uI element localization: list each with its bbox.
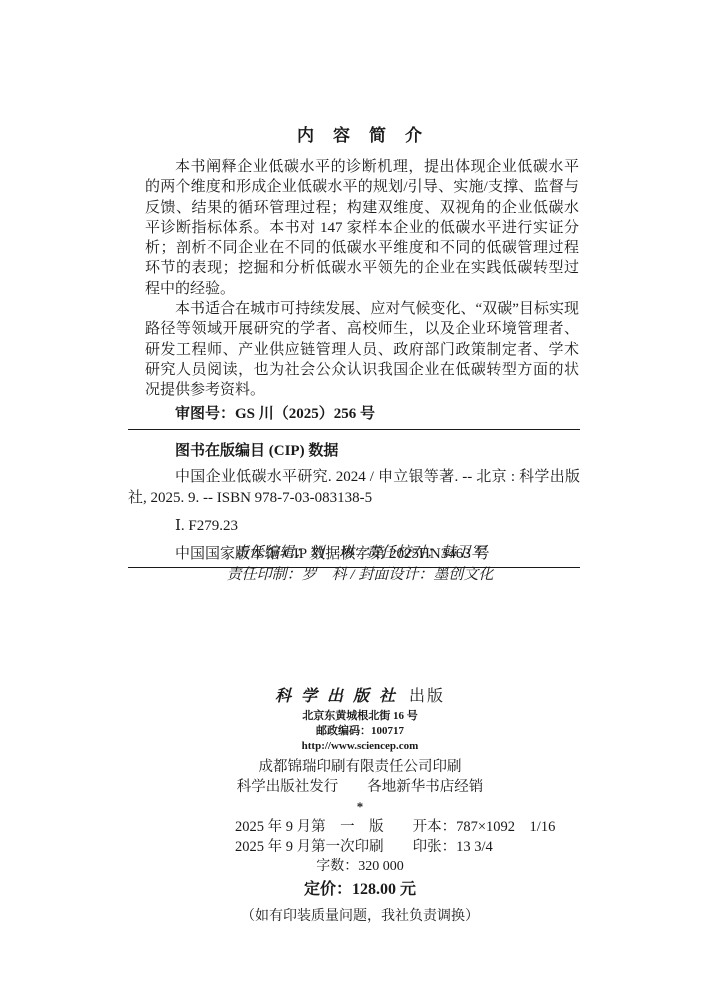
- distribution-line: 科学出版社发行 各地新华书店经销: [0, 778, 720, 796]
- publisher-website: http://www.sciencep.com: [0, 740, 720, 753]
- book-copyright-page: 内 容 简 介 本书阐释企业低碳水平的诊断机理，提出体现企业低碳水平的两个维度和…: [0, 0, 720, 1000]
- printer-line: 成都锦瑞印刷有限责任公司印刷: [0, 758, 720, 776]
- cip-classification: Ⅰ. F279.23: [128, 516, 580, 535]
- publisher-suffix: 出版: [409, 688, 445, 705]
- intro-paragraph-1: 本书阐释企业低碳水平的诊断机理，提出体现企业低碳水平的两个维度和形成企业低碳水平…: [145, 157, 579, 299]
- publisher-logo: 科学出版社: [275, 688, 405, 705]
- publisher-line: 科学出版社 出版: [0, 688, 720, 706]
- intro-section: 本书阐释企业低碳水平的诊断机理，提出体现企业低碳水平的两个维度和形成企业低碳水平…: [145, 157, 579, 401]
- asterisk-divider: *: [0, 799, 720, 815]
- page-title: 内 容 简 介: [0, 121, 720, 146]
- cip-heading: 图书在版编目 (CIP) 数据: [128, 439, 580, 460]
- cip-entry: 中国企业低碳水平研究. 2024 / 申立银等著. -- 北京 : 科学出版社,…: [128, 467, 580, 509]
- publisher-postcode: 邮政编码：100717: [0, 725, 720, 738]
- quality-notice: （如有印装质量问题，我社负责调换）: [0, 908, 720, 926]
- edition-block: 2025 年 9 月第 一 版 开本：787×1092 1/16 2025 年 …: [0, 817, 720, 857]
- colophon-section: 科学出版社 出版 北京东黄城根北街 16 号 邮政编码：100717 http:…: [0, 688, 720, 926]
- credits-section: 责任编辑：刘 琳 / 责任校对：韩卫军 责任印制：罗 科 / 封面设计：墨创文化: [0, 542, 720, 586]
- word-count: 字数：320 000: [0, 858, 720, 875]
- price: 定价：128.00 元: [0, 880, 720, 900]
- credits-editors-line: 责任编辑：刘 琳 / 责任校对：韩卫军: [0, 542, 720, 564]
- map-approval-number: 审图号：GS 川（2025）256 号: [128, 402, 580, 430]
- publisher-address: 北京东黄城根北街 16 号: [0, 710, 720, 723]
- intro-paragraph-2: 本书适合在城市可持续发展、应对气候变化、“双碳”目标实现路径等领域开展研究的学者…: [145, 299, 579, 400]
- printing-line: 2025 年 9 月第一次印刷 印张：13 3/4: [235, 837, 720, 857]
- credits-print-design-line: 责任印制：罗 科 / 封面设计：墨创文化: [0, 564, 720, 586]
- edition-line: 2025 年 9 月第 一 版 开本：787×1092 1/16: [235, 817, 720, 837]
